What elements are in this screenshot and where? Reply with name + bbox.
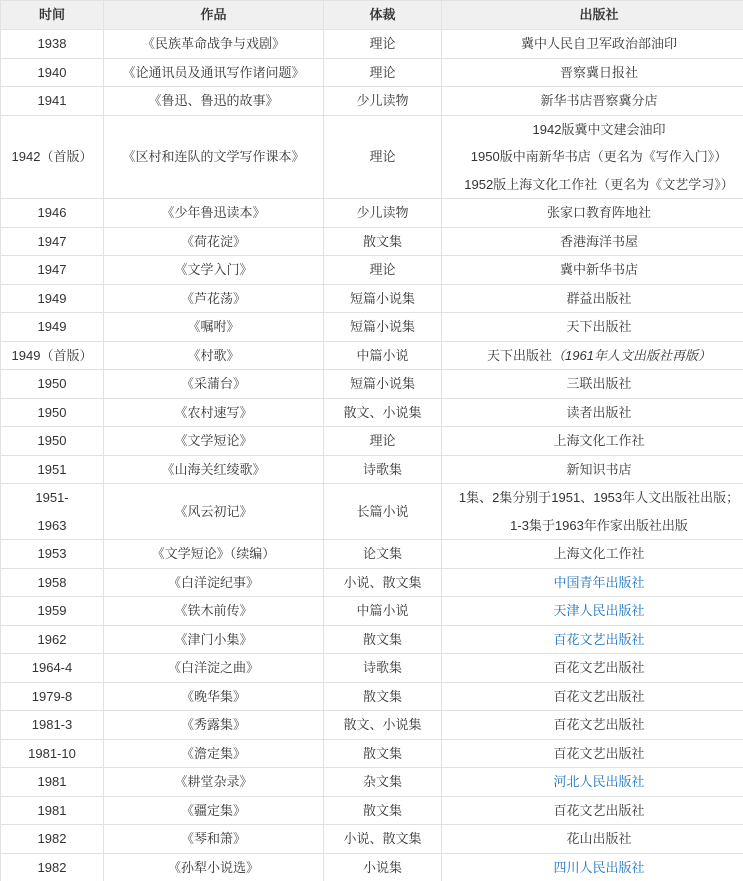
- publisher-text: 百花文艺出版社: [553, 717, 644, 732]
- publisher-text: 1950版中南新华书店（更名为《写作入门》）: [471, 149, 727, 164]
- cell-publisher: 天津人民出版社: [442, 597, 743, 626]
- col-header-time: 时间: [1, 1, 104, 30]
- cell-publisher: 新华书店晋察冀分店: [442, 87, 743, 116]
- cell-publisher: 百花文艺出版社: [442, 682, 743, 711]
- table-row: 1949《芦花荡》短篇小说集群益出版社: [1, 284, 743, 313]
- cell-work: 《晚华集》: [104, 682, 324, 711]
- cell-work: 《采蒲台》: [104, 370, 324, 399]
- cell-time: 1951: [1, 455, 104, 484]
- cell-time: 1981-10: [1, 739, 104, 768]
- cell-work: 《区村和连队的文学写作课本》: [104, 115, 324, 199]
- publisher-text: 百花文艺出版社: [553, 689, 644, 704]
- cell-time: 1958: [1, 568, 104, 597]
- table-body: 1938《民族革命战争与戏剧》理论冀中人民自卫军政治部油印1940《论通讯员及通…: [1, 30, 743, 881]
- time-line: 1950: [1, 427, 103, 455]
- table-row: 1959《铁木前传》中篇小说天津人民出版社: [1, 597, 743, 626]
- table-row: 1981-10《澹定集》散文集百花文艺出版社: [1, 739, 743, 768]
- cell-time: 1981: [1, 796, 104, 825]
- publisher-line: 上海文化工作社: [442, 540, 743, 568]
- cell-publisher: 四川人民出版社: [442, 853, 743, 881]
- time-line: 1963: [1, 512, 103, 540]
- cell-work: 《山海关红绫歌》: [104, 455, 324, 484]
- cell-genre: 小说、散文集: [324, 825, 442, 854]
- time-line: 1962: [1, 626, 103, 654]
- cell-genre: 小说集: [324, 853, 442, 881]
- table-row: 1979-8《晚华集》散文集百花文艺出版社: [1, 682, 743, 711]
- cell-genre: 理论: [324, 58, 442, 87]
- publisher-text: 新华书店晋察冀分店: [540, 93, 657, 108]
- cell-genre: 散文集: [324, 227, 442, 256]
- table-row: 1947《荷花淀》散文集香港海洋书屋: [1, 227, 743, 256]
- publisher-line: 百花文艺出版社: [442, 740, 743, 768]
- publisher-line: 花山出版社: [442, 825, 743, 853]
- publisher-line: 天下出版社（1961年人文出版社再版）: [442, 342, 743, 370]
- table-row: 1941《鲁迅、鲁迅的故事》少儿读物新华书店晋察冀分店: [1, 87, 743, 116]
- cell-publisher: 群益出版社: [442, 284, 743, 313]
- cell-publisher: 河北人民出版社: [442, 768, 743, 797]
- cell-genre: 理论: [324, 30, 442, 59]
- publisher-line: 中国青年出版社: [442, 569, 743, 597]
- publisher-line: 新知识书店: [442, 456, 743, 484]
- cell-work: 《村歌》: [104, 341, 324, 370]
- cell-work: 《文学短论》（续编）: [104, 540, 324, 569]
- cell-time: 1950: [1, 398, 104, 427]
- publisher-text: 1952版上海文化工作社（更名为《文艺学习》）: [464, 177, 733, 192]
- time-line: 1949: [1, 285, 103, 313]
- cell-genre: 论文集: [324, 540, 442, 569]
- time-line: 1946: [1, 199, 103, 227]
- cell-time: 1950: [1, 427, 104, 456]
- cell-publisher: 天下出版社（1961年人文出版社再版）: [442, 341, 743, 370]
- time-line: 1982: [1, 854, 103, 881]
- table-row: 1981-3《秀露集》散文、小说集百花文艺出版社: [1, 711, 743, 740]
- cell-work: 《白洋淀纪事》: [104, 568, 324, 597]
- cell-time: 1949: [1, 313, 104, 342]
- cell-time: 1951-1963: [1, 484, 104, 540]
- table-row: 1964-4《白洋淀之曲》诗歌集百花文艺出版社: [1, 654, 743, 683]
- cell-time: 1942（首版）: [1, 115, 104, 199]
- publisher-line: 三联出版社: [442, 370, 743, 398]
- cell-genre: 短篇小说集: [324, 370, 442, 399]
- time-line: 1964-4: [1, 654, 103, 682]
- table-row: 1949《嘱咐》短篇小说集天下出版社: [1, 313, 743, 342]
- cell-work: 《民族革命战争与戏剧》: [104, 30, 324, 59]
- table-row: 1938《民族革命战争与戏剧》理论冀中人民自卫军政治部油印: [1, 30, 743, 59]
- cell-time: 1950: [1, 370, 104, 399]
- publisher-line: 四川人民出版社: [442, 854, 743, 881]
- cell-genre: 杂文集: [324, 768, 442, 797]
- cell-publisher: 晋察冀日报社: [442, 58, 743, 87]
- table-row: 1949（首版）《村歌》中篇小说天下出版社（1961年人文出版社再版）: [1, 341, 743, 370]
- cell-work: 《秀露集》: [104, 711, 324, 740]
- cell-work: 《耕堂杂录》: [104, 768, 324, 797]
- publisher-line: 1950版中南新华书店（更名为《写作入门》）: [442, 143, 743, 171]
- time-line: 1941: [1, 87, 103, 115]
- cell-time: 1982: [1, 825, 104, 854]
- cell-genre: 散文集: [324, 682, 442, 711]
- cell-genre: 少儿读物: [324, 199, 442, 228]
- publisher-line: 群益出版社: [442, 285, 743, 313]
- cell-genre: 中篇小说: [324, 597, 442, 626]
- cell-publisher: 上海文化工作社: [442, 427, 743, 456]
- table-row: 1951-1963《风云初记》长篇小说1集、2集分别于1951、1953年人文出…: [1, 484, 743, 540]
- time-line: 1981-10: [1, 740, 103, 768]
- publisher-text: 冀中新华书店: [560, 262, 638, 277]
- cell-time: 1941: [1, 87, 104, 116]
- time-line: 1947: [1, 256, 103, 284]
- publisher-line: 天下出版社: [442, 313, 743, 341]
- table-row: 1946《少年鲁迅读本》少儿读物张家口教育阵地社: [1, 199, 743, 228]
- cell-work: 《荷花淀》: [104, 227, 324, 256]
- time-line: 1949: [1, 313, 103, 341]
- table-row: 1962《津门小集》散文集百花文艺出版社: [1, 625, 743, 654]
- publisher-text: 群益出版社: [566, 291, 631, 306]
- table-row: 1981《疆定集》散文集百花文艺出版社: [1, 796, 743, 825]
- publisher-line: 1952版上海文化工作社（更名为《文艺学习》）: [442, 171, 743, 199]
- publisher-text: 百花文艺出版社: [553, 660, 644, 675]
- publisher-line: 香港海洋书屋: [442, 228, 743, 256]
- publisher-line: 上海文化工作社: [442, 427, 743, 455]
- cell-genre: 诗歌集: [324, 654, 442, 683]
- time-line: 1981-3: [1, 711, 103, 739]
- publisher-line: 百花文艺出版社: [442, 654, 743, 682]
- cell-work: 《疆定集》: [104, 796, 324, 825]
- cell-work: 《澹定集》: [104, 739, 324, 768]
- cell-time: 1959: [1, 597, 104, 626]
- cell-work: 《嘱咐》: [104, 313, 324, 342]
- cell-publisher: 天下出版社: [442, 313, 743, 342]
- table-row: 1982《孙犁小说选》小说集四川人民出版社: [1, 853, 743, 881]
- cell-work: 《鲁迅、鲁迅的故事》: [104, 87, 324, 116]
- table-row: 1951《山海关红绫歌》诗歌集新知识书店: [1, 455, 743, 484]
- publisher-text: 1942版冀中文建会油印: [533, 122, 666, 137]
- cell-publisher: 1942版冀中文建会油印1950版中南新华书店（更名为《写作入门》）1952版上…: [442, 115, 743, 199]
- publisher-line: 冀中人民自卫军政治部油印: [442, 30, 743, 58]
- cell-publisher: 百花文艺出版社: [442, 796, 743, 825]
- cell-publisher: 花山出版社: [442, 825, 743, 854]
- cell-work: 《风云初记》: [104, 484, 324, 540]
- publisher-line: 冀中新华书店: [442, 256, 743, 284]
- publisher-text: 天下出版社: [566, 319, 631, 334]
- cell-work: 《论通讯员及通讯写作诸问题》: [104, 58, 324, 87]
- cell-time: 1982: [1, 853, 104, 881]
- time-line: 1959: [1, 597, 103, 625]
- cell-genre: 长篇小说: [324, 484, 442, 540]
- publisher-line: 百花文艺出版社: [442, 711, 743, 739]
- publisher-text: 三联出版社: [566, 376, 631, 391]
- cell-work: 《白洋淀之曲》: [104, 654, 324, 683]
- cell-work: 《文学入门》: [104, 256, 324, 285]
- cell-publisher: 冀中新华书店: [442, 256, 743, 285]
- cell-publisher: 中国青年出版社: [442, 568, 743, 597]
- cell-time: 1962: [1, 625, 104, 654]
- publisher-text: 晋察冀日报社: [560, 65, 638, 80]
- table-row: 1942（首版）《区村和连队的文学写作课本》理论1942版冀中文建会油印1950…: [1, 115, 743, 199]
- cell-time: 1964-4: [1, 654, 104, 683]
- time-line: 1940: [1, 59, 103, 87]
- time-line: 1953: [1, 540, 103, 568]
- publisher-text: （1961年人文出版社再版）: [552, 348, 711, 363]
- cell-genre: 理论: [324, 427, 442, 456]
- publisher-text: 1集、2集分别于1951、1953年人文出版社出版；: [459, 490, 739, 505]
- publisher-line: 读者出版社: [442, 399, 743, 427]
- table-row: 1950《农村速写》散文、小说集读者出版社: [1, 398, 743, 427]
- cell-genre: 短篇小说集: [324, 284, 442, 313]
- cell-time: 1981-3: [1, 711, 104, 740]
- cell-work: 《津门小集》: [104, 625, 324, 654]
- publisher-text: 张家口教育阵地社: [547, 205, 651, 220]
- publisher-line: 张家口教育阵地社: [442, 199, 743, 227]
- cell-work: 《芦花荡》: [104, 284, 324, 313]
- cell-publisher: 百花文艺出版社: [442, 625, 743, 654]
- time-line: 1981: [1, 768, 103, 796]
- publisher-text: 新知识书店: [566, 462, 631, 477]
- table-row: 1953《文学短论》（续编）论文集上海文化工作社: [1, 540, 743, 569]
- cell-time: 1981: [1, 768, 104, 797]
- cell-genre: 小说、散文集: [324, 568, 442, 597]
- publisher-link[interactable]: 四川人民出版社: [553, 860, 644, 875]
- time-line: 1951: [1, 456, 103, 484]
- time-line: 1950: [1, 370, 103, 398]
- cell-publisher: 1集、2集分别于1951、1953年人文出版社出版；1-3集于1963年作家出版…: [442, 484, 743, 540]
- time-line: 1949（首版）: [1, 342, 103, 370]
- publisher-text: 1-3集于1963年作家出版社出版: [510, 518, 688, 533]
- publisher-link[interactable]: 河北人民出版社: [553, 774, 644, 789]
- cell-time: 1949: [1, 284, 104, 313]
- time-line: 1951-: [1, 484, 103, 512]
- publisher-line: 1集、2集分别于1951、1953年人文出版社出版；: [442, 484, 743, 512]
- cell-genre: 理论: [324, 115, 442, 199]
- works-table: 时间 作品 体裁 出版社 1938《民族革命战争与戏剧》理论冀中人民自卫军政治部…: [0, 0, 743, 881]
- table-row: 1947《文学入门》理论冀中新华书店: [1, 256, 743, 285]
- cell-publisher: 三联出版社: [442, 370, 743, 399]
- time-line: 1981: [1, 797, 103, 825]
- col-header-work: 作品: [104, 1, 324, 30]
- col-header-genre: 体裁: [324, 1, 442, 30]
- publisher-link[interactable]: 中国青年出版社: [553, 575, 644, 590]
- publisher-text: 百花文艺出版社: [553, 746, 644, 761]
- cell-publisher: 香港海洋书屋: [442, 227, 743, 256]
- cell-genre: 散文、小说集: [324, 398, 442, 427]
- cell-publisher: 百花文艺出版社: [442, 654, 743, 683]
- cell-work: 《铁木前传》: [104, 597, 324, 626]
- cell-work: 《文学短论》: [104, 427, 324, 456]
- cell-genre: 短篇小说集: [324, 313, 442, 342]
- publisher-text: 冀中人民自卫军政治部油印: [521, 36, 677, 51]
- cell-genre: 散文集: [324, 739, 442, 768]
- publisher-text: 百花文艺出版社: [553, 803, 644, 818]
- cell-publisher: 张家口教育阵地社: [442, 199, 743, 228]
- cell-time: 1947: [1, 256, 104, 285]
- table-row: 1950《文学短论》理论上海文化工作社: [1, 427, 743, 456]
- cell-time: 1938: [1, 30, 104, 59]
- cell-work: 《少年鲁迅读本》: [104, 199, 324, 228]
- cell-time: 1940: [1, 58, 104, 87]
- publisher-text: 花山出版社: [566, 831, 631, 846]
- cell-publisher: 冀中人民自卫军政治部油印: [442, 30, 743, 59]
- publisher-link[interactable]: 百花文艺出版社: [553, 632, 644, 647]
- cell-work: 《孙犁小说选》: [104, 853, 324, 881]
- table-row: 1958《白洋淀纪事》小说、散文集中国青年出版社: [1, 568, 743, 597]
- cell-genre: 诗歌集: [324, 455, 442, 484]
- cell-time: 1949（首版）: [1, 341, 104, 370]
- cell-genre: 散文集: [324, 625, 442, 654]
- publisher-link[interactable]: 天津人民出版社: [553, 603, 644, 618]
- publisher-line: 百花文艺出版社: [442, 797, 743, 825]
- table-header: 时间 作品 体裁 出版社: [1, 1, 743, 30]
- publisher-line: 天津人民出版社: [442, 597, 743, 625]
- cell-publisher: 上海文化工作社: [442, 540, 743, 569]
- time-line: 1942（首版）: [1, 143, 103, 171]
- time-line: 1947: [1, 228, 103, 256]
- cell-publisher: 读者出版社: [442, 398, 743, 427]
- publisher-line: 百花文艺出版社: [442, 626, 743, 654]
- publisher-line: 1942版冀中文建会油印: [442, 116, 743, 144]
- cell-publisher: 百花文艺出版社: [442, 739, 743, 768]
- table-row: 1981《耕堂杂录》杂文集河北人民出版社: [1, 768, 743, 797]
- publisher-line: 河北人民出版社: [442, 768, 743, 796]
- cell-publisher: 新知识书店: [442, 455, 743, 484]
- time-line: 1979-8: [1, 683, 103, 711]
- time-line: 1982: [1, 825, 103, 853]
- table-row: 1950《采蒲台》短篇小说集三联出版社: [1, 370, 743, 399]
- header-row: 时间 作品 体裁 出版社: [1, 1, 743, 30]
- publisher-line: 1-3集于1963年作家出版社出版: [442, 512, 743, 540]
- cell-genre: 少儿读物: [324, 87, 442, 116]
- publisher-line: 新华书店晋察冀分店: [442, 87, 743, 115]
- publisher-line: 百花文艺出版社: [442, 683, 743, 711]
- publisher-text: 上海文化工作社: [553, 546, 644, 561]
- cell-genre: 散文集: [324, 796, 442, 825]
- time-line: 1938: [1, 30, 103, 58]
- publisher-text: 天下出版社: [487, 348, 552, 363]
- publisher-text: 上海文化工作社: [553, 433, 644, 448]
- time-line: 1950: [1, 399, 103, 427]
- cell-time: 1946: [1, 199, 104, 228]
- col-header-publisher: 出版社: [442, 1, 743, 30]
- publisher-line: 晋察冀日报社: [442, 59, 743, 87]
- table-row: 1982《琴和箫》小说、散文集花山出版社: [1, 825, 743, 854]
- cell-genre: 理论: [324, 256, 442, 285]
- cell-genre: 中篇小说: [324, 341, 442, 370]
- table-row: 1940《论通讯员及通讯写作诸问题》理论晋察冀日报社: [1, 58, 743, 87]
- cell-time: 1979-8: [1, 682, 104, 711]
- cell-publisher: 百花文艺出版社: [442, 711, 743, 740]
- publisher-text: 读者出版社: [566, 405, 631, 420]
- cell-work: 《琴和箫》: [104, 825, 324, 854]
- cell-genre: 散文、小说集: [324, 711, 442, 740]
- cell-time: 1947: [1, 227, 104, 256]
- time-line: 1958: [1, 569, 103, 597]
- publisher-text: 香港海洋书屋: [560, 234, 638, 249]
- cell-time: 1953: [1, 540, 104, 569]
- cell-work: 《农村速写》: [104, 398, 324, 427]
